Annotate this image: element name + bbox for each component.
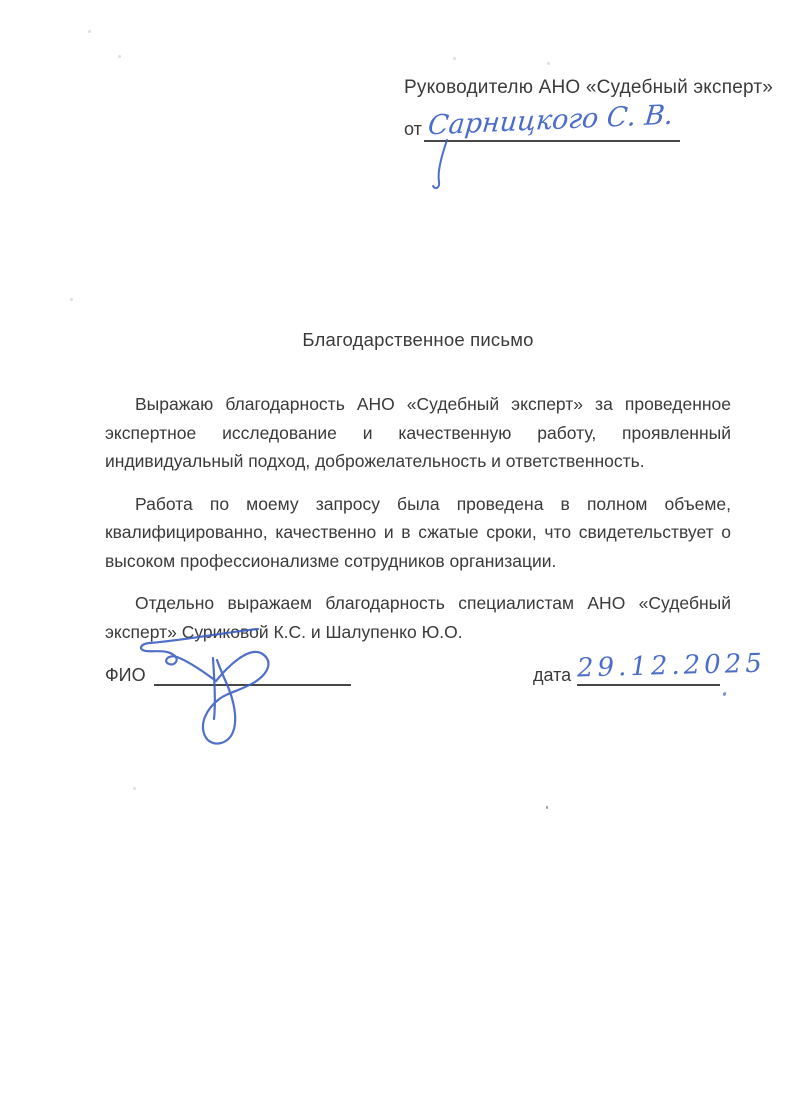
scanned-letter-page: Руководителю АНО «Судебный эксперт» от С… [0,0,787,1115]
document-title: Благодарственное письмо [105,329,731,351]
ink-speck [722,692,726,697]
scan-speck [453,57,456,60]
scan-speck [547,62,550,65]
signature [122,611,327,759]
handwriting-flourish [425,138,465,193]
scan-speck [88,30,91,33]
paragraph-work-quality: Работа по моему запросу была проведена в… [105,490,731,576]
scan-speck [546,806,548,809]
scan-speck [118,55,121,58]
scan-speck [70,298,73,301]
from-label: от [404,119,422,142]
date-label: дата [533,665,571,686]
recipient-line: Руководителю АНО «Судебный эксперт» [404,77,773,99]
paragraph-gratitude: Выражаю благодарность АНО «Судебный эксп… [105,390,731,476]
scan-speck [133,787,136,790]
handwritten-date: 29.12.2025 [577,649,767,684]
